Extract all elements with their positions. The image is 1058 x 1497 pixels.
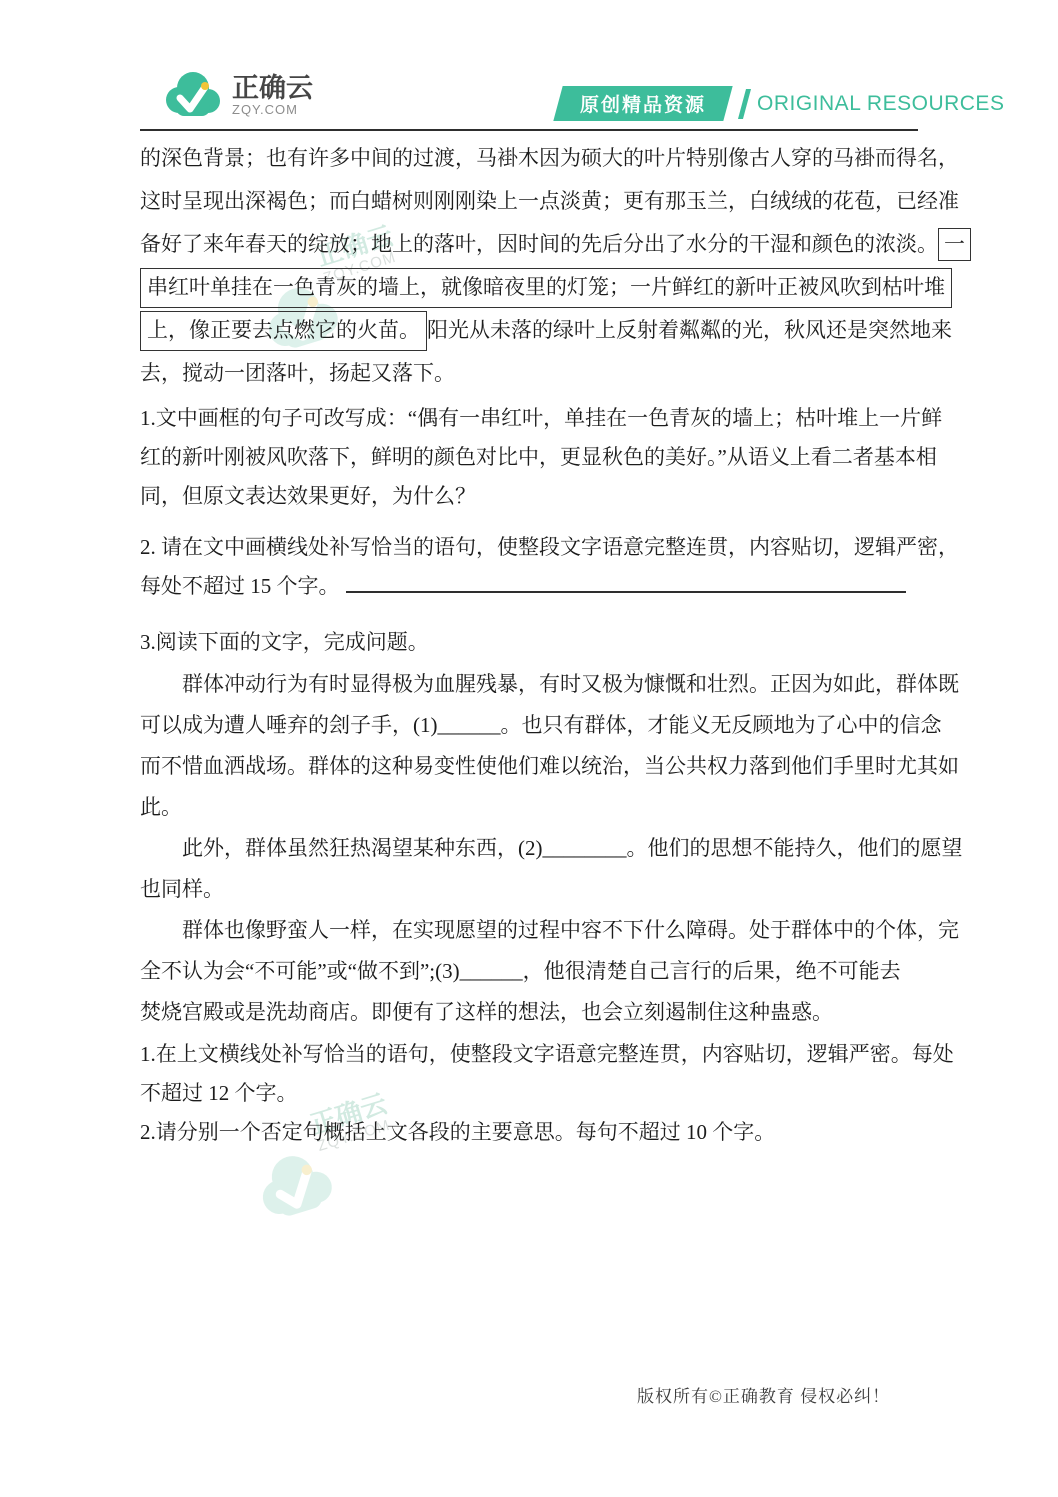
slash-divider-icon [738,89,751,119]
passage-line: 也同样。 [140,869,918,910]
question-1: 1.文中画框的句子可改写成：“偶有一串红叶，单挂在一色青灰的墙上；枯叶堆上一片鲜… [140,399,918,516]
question-line: 红的新叶刚被风吹落下，鲜明的颜色对比中，更显秋色的美好。”从语义上看二者基本相 [140,438,918,477]
original-resources-badge: 原创精品资源 [553,86,732,121]
question-line: 2.请分别一个否定句概括上文各段的主要意思。每句不超过 10 个字。 [140,1113,918,1152]
passage-line: 此外，群体虽然狂热渴望某种东西，(2)________。他们的思想不能持久，他们… [140,828,918,869]
passage-2-paragraph-2: 此外，群体虽然狂热渴望某种东西，(2)________。他们的思想不能持久，他们… [140,828,918,910]
boxed-sentence: 串红叶单挂在一色青灰的墙上，就像暗夜里的灯笼；一片鲜红的新叶正被风吹到枯叶堆 [140,268,952,308]
passage-line: 去，搅动一团落叶，扬起又落下。 [140,352,918,395]
watermark-cloud-icon [248,1143,342,1229]
question-line: 不超过 12 个字。 [140,1074,918,1113]
passage-line: 全不认为会“不可能”或“做不到”;(3)______，他很清楚自己言行的后果，绝… [140,951,918,992]
document-content: 的深色背景；也有许多中间的过渡，马褂木因为硕大的叶片特别像古人穿的马褂而得名， … [140,137,918,1152]
sub-question-2: 2.请分别一个否定句概括上文各段的主要意思。每句不超过 10 个字。 [140,1113,918,1152]
passage-text: 阳光从未落的绿叶上反射着粼粼的光，秋风还是突然地来 [427,318,952,342]
question-line: 1.在上文横线处补写恰当的语句，使整段文字语意完整连贯，内容贴切，逻辑严密。每处 [140,1035,918,1074]
passage-line: 群体也像野蛮人一样，在实现愿望的过程中容不下什么障碍。处于群体中的个体，完 [140,910,918,951]
passage-line: 可以成为遭人唾弃的刽子手，(1)______。也只有群体，才能义无反顾地为了心中… [140,705,918,746]
header-right: 原创精品资源 ORIGINAL RESOURCES [558,86,1004,121]
passage-2-paragraph-1: 群体冲动行为有时显得极为血腥残暴，有时又极为慷慨和壮烈。正因为如此，群体既 可以… [140,664,918,828]
header-divider [140,129,918,131]
answer-blank-line[interactable] [346,591,906,593]
passage-1: 的深色背景；也有许多中间的过渡，马褂木因为硕大的叶片特别像古人穿的马褂而得名， … [140,137,918,395]
passage-line: 这时呈现出深褐色；而白蜡树则刚刚染上一点淡黄；更有那玉兰，白绒绒的花苞，已经准 [140,180,918,223]
badge-english-label: ORIGINAL RESOURCES [757,92,1004,116]
badge-label: 原创精品资源 [580,90,706,117]
passage-line: 群体冲动行为有时显得极为血腥残暴，有时又极为慷慨和壮烈。正因为如此，群体既 [140,664,918,705]
passage-line: 焚烧宫殿或是洗劫商店。即便有了这样的想法，也会立刻遏制住这种蛊惑。 [140,992,918,1033]
logo-brand: 正确云 [232,74,313,102]
passage-text: 备好了来年春天的绽放；地上的落叶，因时间的先后分出了水分的干湿和颜色的浓淡。 [140,232,938,256]
passage-line: 备好了来年春天的绽放；地上的落叶，因时间的先后分出了水分的干湿和颜色的浓淡。一 [140,223,918,266]
question-text: 每处不超过 15 个字。 [140,574,340,598]
passage-2-paragraph-3: 群体也像野蛮人一样，在实现愿望的过程中容不下什么障碍。处于群体中的个体，完 全不… [140,910,918,1033]
passage-line: 此。 [140,787,918,828]
logo-cloud-icon [163,70,223,120]
question-3-intro: 3.阅读下面的文字，完成问题。 [140,623,918,662]
passage-line: 的深色背景；也有许多中间的过渡，马褂木因为硕大的叶片特别像古人穿的马褂而得名， [140,137,918,180]
question-line: 2. 请在文中画横线处补写恰当的语句，使整段文字语意完整连贯，内容贴切，逻辑严密… [140,528,918,567]
boxed-sentence: 上，像正要去点燃它的火苗。 [140,311,427,351]
passage-line: 上，像正要去点燃它的火苗。阳光从未落的绿叶上反射着粼粼的光，秋风还是突然地来 [140,309,918,352]
question-line: 每处不超过 15 个字。 [140,567,918,606]
logo-domain: ZQY.COM [232,102,313,117]
sub-question-1: 1.在上文横线处补写恰当的语句，使整段文字语意完整连贯，内容贴切，逻辑严密。每处… [140,1035,918,1113]
question-line: 同，但原文表达效果更好，为什么？ [140,477,918,516]
passage-line: 串红叶单挂在一色青灰的墙上，就像暗夜里的灯笼；一片鲜红的新叶正被风吹到枯叶堆 [140,266,918,309]
passage-line: 而不惜血洒战场。群体的这种易变性使他们难以统治，当公共权力落到他们手里时尤其如 [140,746,918,787]
boxed-character: 一 [938,228,971,261]
zqy-logo[interactable]: 正确云 ZQY.COM [163,70,313,120]
question-2: 2. 请在文中画横线处补写恰当的语句，使整段文字语意完整连贯，内容贴切，逻辑严密… [140,528,918,606]
document-page: 正确云 ZQY.COM 正确云 ZQY.COM [0,0,1058,1497]
logo-text: 正确云 ZQY.COM [232,74,313,117]
question-line: 1.文中画框的句子可改写成：“偶有一串红叶，单挂在一色青灰的墙上；枯叶堆上一片鲜 [140,399,918,438]
copyright-notice: 版权所有©正确教育 侵权必纠！ [637,1382,890,1407]
